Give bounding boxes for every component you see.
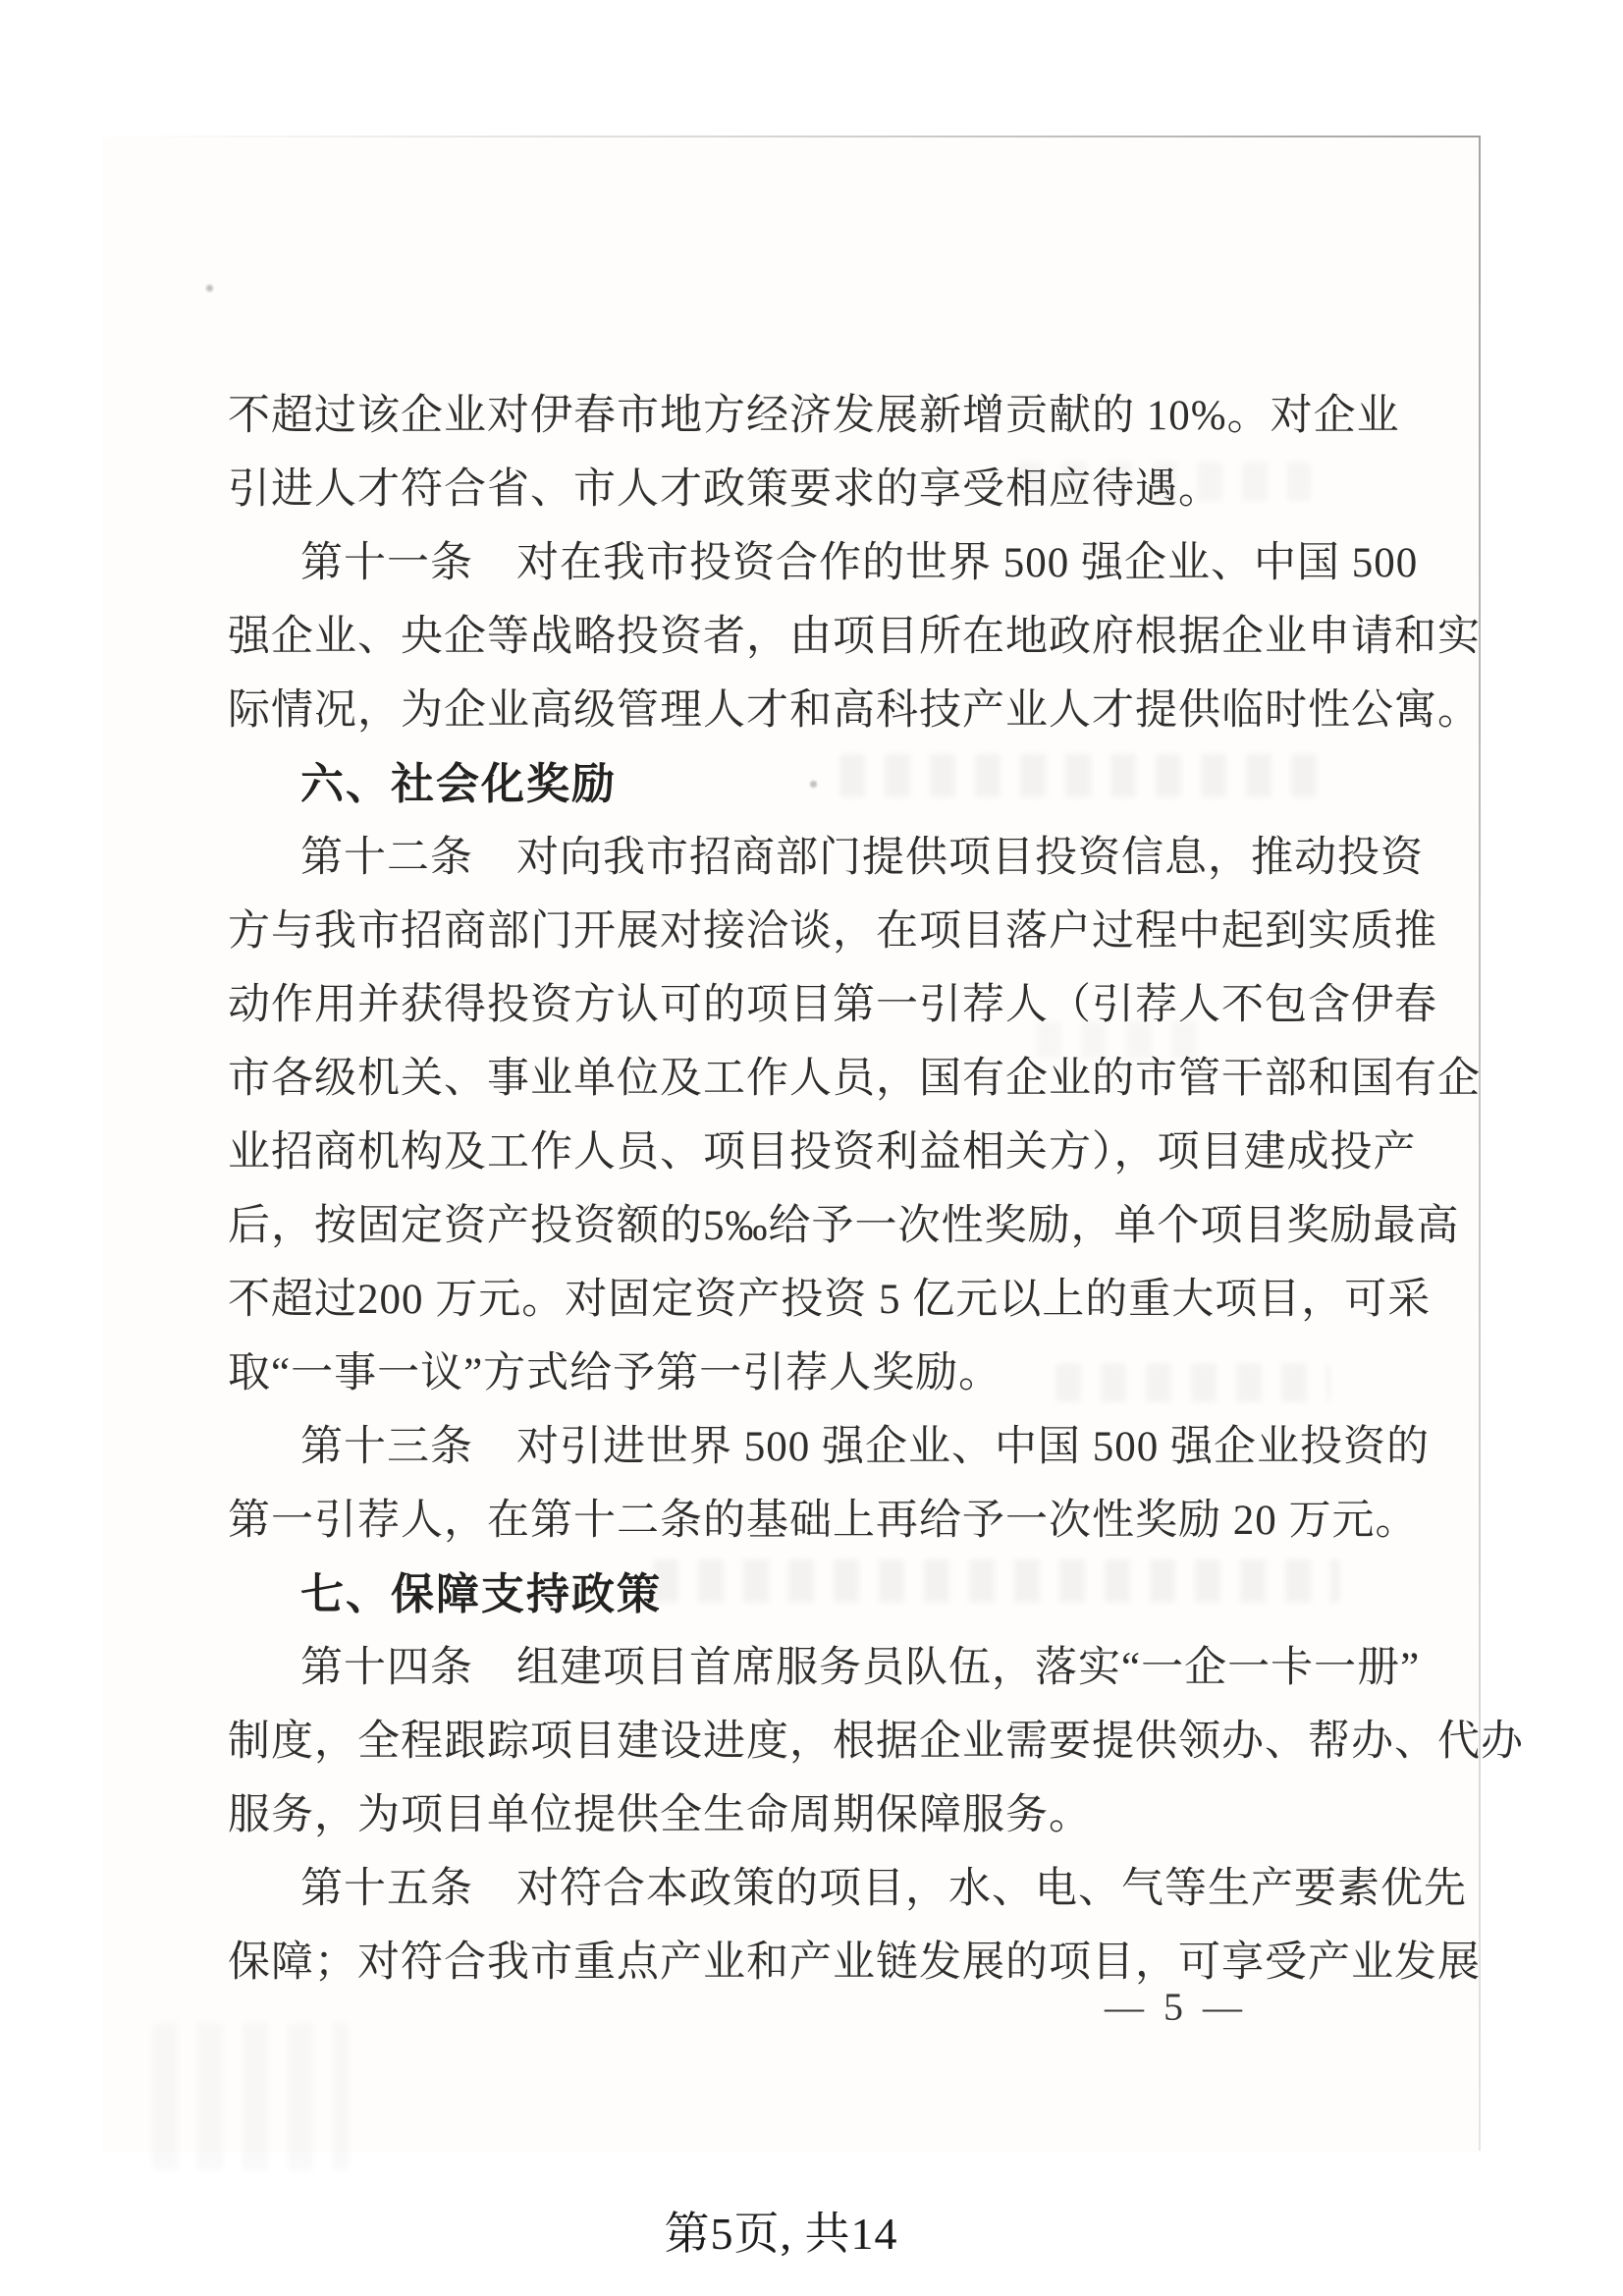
scan-speck [206, 285, 213, 292]
text-line: 第十五条 对符合本政策的项目，水、电、气等生产要素优先 [228, 1854, 1302, 1928]
text-line: 第一引荐人，在第十二条的基础上再给予一次性奖励 20 万元。 [228, 1486, 1302, 1559]
text-line: 制度，全程跟踪项目建设进度，根据企业需要提供领办、帮办、代办 [228, 1707, 1302, 1780]
paper-top-edge [103, 136, 1481, 137]
viewer-page-indicator: 第5页, 共14 [0, 2198, 1593, 2263]
text-line: 业招商机构及工作人员、项目投资利益相关方），项目建成投产 [228, 1118, 1302, 1191]
text-line: 市各级机关、事业单位及工作人员，国有企业的市管干部和国有企 [228, 1044, 1302, 1118]
text-line: 第十四条 组建项目首席服务员队伍，落实“一企一卡一册” [228, 1633, 1302, 1707]
text-line: 服务，为项目单位提供全生命周期保障服务。 [228, 1780, 1302, 1854]
text-line: 取“一事一议”方式给予第一引荐人奖励。 [228, 1339, 1302, 1412]
text-line: 引进人才符合省、市人才政策要求的享受相应待遇。 [228, 455, 1302, 528]
page-number: — 5 — [228, 1984, 1302, 2030]
section-heading: 六、社会化奖励 [228, 749, 1302, 823]
text-line: 不超过200 万元。对固定资产投资 5 亿元以上的重大项目，可采 [228, 1265, 1302, 1339]
text-line: 动作用并获得投资方认可的项目第一引荐人（引荐人不包含伊春 [228, 970, 1302, 1044]
text-line: 方与我市招商部门开展对接洽谈，在项目落户过程中起到实质推 [228, 897, 1302, 970]
text-line: 第十三条 对引进世界 500 强企业、中国 500 强企业投资的 [228, 1412, 1302, 1486]
scanned-document-page: { "document": { "lines": [ {"text": "不超过… [0, 0, 1623, 2296]
text-line: 第十二条 对向我市招商部门提供项目投资信息，推动投资 [228, 823, 1302, 897]
text-line: 后，按固定资产投资额的5‰给予一次性奖励，单个项目奖励最高 [228, 1191, 1302, 1265]
paper-right-edge [1479, 137, 1481, 2151]
document-body: 不超过该企业对伊春市地方经济发展新增贡献的 10%。对企业引进人才符合省、市人才… [228, 381, 1302, 2001]
text-line: 强企业、央企等战略投资者，由项目所在地政府根据企业申请和实 [228, 602, 1302, 676]
bleed-through-smudge [152, 2023, 349, 2170]
text-line: 第十一条 对在我市投资合作的世界 500 强企业、中国 500 [228, 528, 1302, 602]
section-heading: 七、保障支持政策 [228, 1559, 1302, 1633]
text-line: 际情况，为企业高级管理人才和高科技产业人才提供临时性公寓。 [228, 676, 1302, 749]
text-line: 不超过该企业对伊春市地方经济发展新增贡献的 10%。对企业 [228, 381, 1302, 455]
